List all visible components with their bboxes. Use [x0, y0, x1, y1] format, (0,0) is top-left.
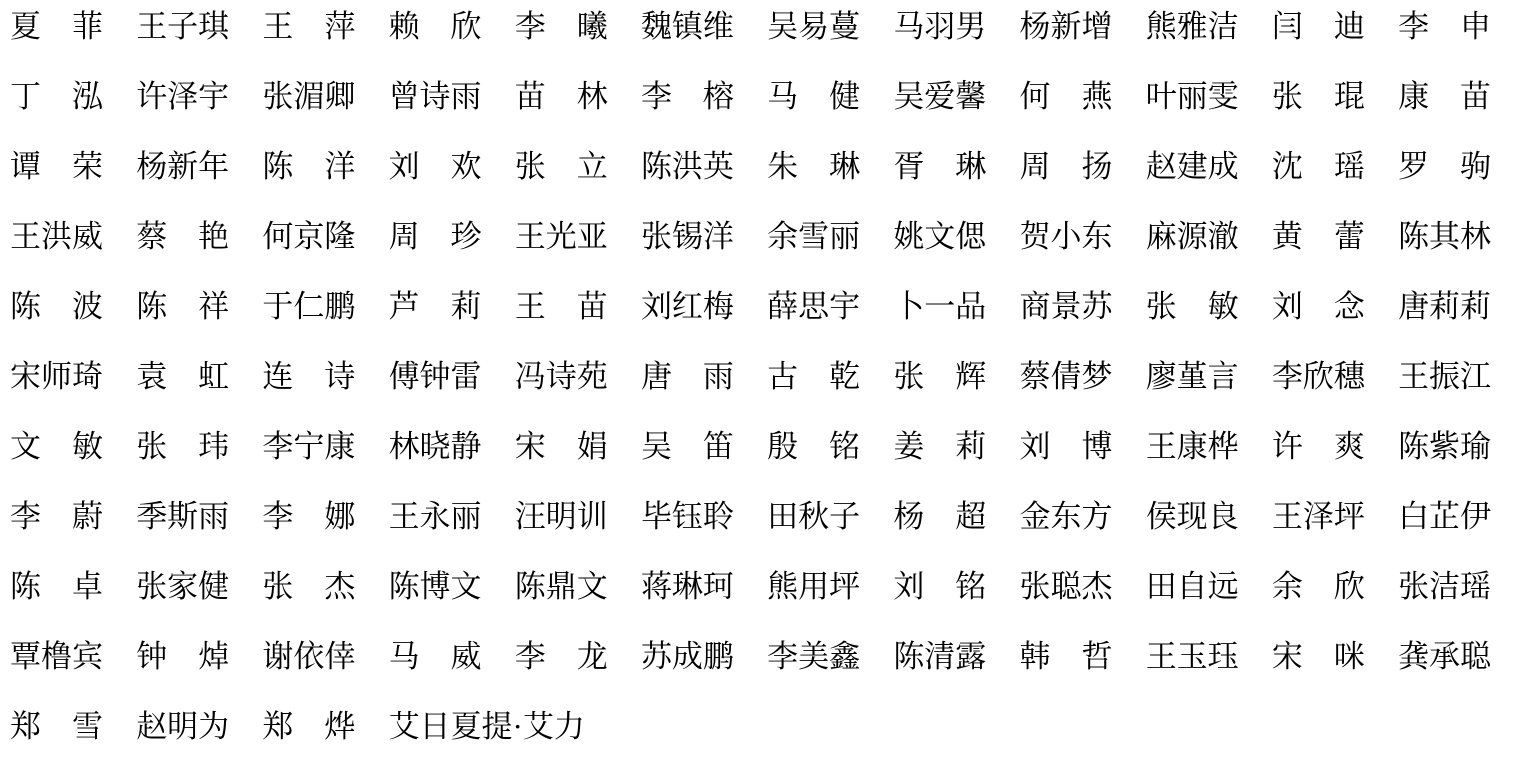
- person-name: 张湄卿: [262, 80, 355, 114]
- person-name: 白芷伊: [1398, 500, 1491, 534]
- person-name: 李美鑫: [767, 640, 860, 674]
- person-name: 廖堇言: [1146, 360, 1239, 394]
- person-name: 贺小东: [1020, 220, 1113, 254]
- person-name: 张家健: [136, 570, 229, 604]
- person-name: 罗驹: [1398, 150, 1491, 184]
- name-cell: 何燕: [1020, 80, 1146, 114]
- name-cell: 李娜: [262, 500, 388, 534]
- name-list-document: 夏菲王子琪王萍赖欣李曦魏镇维吴易蔓马羽男杨新增熊雅洁闫迪李申丁泓许泽宇张湄卿曾诗…: [0, 0, 1514, 756]
- person-name: 许爽: [1272, 430, 1365, 464]
- name-cell: 李美鑫: [767, 640, 893, 674]
- person-name: 唐雨: [641, 360, 734, 394]
- person-name: 王子琪: [136, 10, 229, 44]
- person-name: 连诗: [262, 360, 355, 394]
- name-cell: 宋师琦: [10, 360, 136, 394]
- name-cell: 杨新增: [1020, 10, 1146, 44]
- name-cell: 卜一品: [893, 290, 1019, 324]
- person-name: 朱琳: [767, 150, 860, 184]
- name-cell: 王苗: [515, 290, 641, 324]
- name-cell: 李榕: [641, 80, 767, 114]
- person-name: 杨新年: [136, 150, 229, 184]
- name-cell: 陈洪英: [641, 150, 767, 184]
- name-cell: 陈祥: [136, 290, 262, 324]
- name-cell: 丁泓: [10, 80, 136, 114]
- name-cell: 罗驹: [1398, 150, 1514, 184]
- name-cell: 殷铭: [767, 430, 893, 464]
- person-name: 曾诗雨: [389, 80, 482, 114]
- person-name: 商景苏: [1020, 290, 1113, 324]
- name-cell: 郑雪: [10, 710, 136, 744]
- name-cell: 季斯雨: [136, 500, 262, 534]
- person-name: 张辉: [893, 360, 986, 394]
- name-cell: 刘博: [1020, 430, 1146, 464]
- person-name: 吴笛: [641, 430, 734, 464]
- name-cell: 姜莉: [893, 430, 1019, 464]
- name-cell: 夏菲: [10, 10, 136, 44]
- name-cell: 陈卓: [10, 570, 136, 604]
- person-name: 许泽宇: [136, 80, 229, 114]
- person-name: 陈洋: [262, 150, 355, 184]
- person-name: 艾日夏提·艾力: [389, 710, 585, 744]
- person-name: 熊雅洁: [1146, 10, 1239, 44]
- name-cell: 陈洋: [262, 150, 388, 184]
- person-name: 于仁鹏: [262, 290, 355, 324]
- person-name: 麻源澈: [1146, 220, 1239, 254]
- person-name: 赵建成: [1146, 150, 1239, 184]
- person-name: 郑烨: [262, 710, 355, 744]
- name-cell: 周珍: [389, 220, 515, 254]
- name-cell: 赵明为: [136, 710, 262, 744]
- person-name: 韩哲: [1020, 640, 1113, 674]
- name-row: 王洪威蔡艳何京隆周珍王光亚张锡洋余雪丽姚文偲贺小东麻源澈黄蕾陈其林: [10, 202, 1514, 272]
- name-cell: 廖堇言: [1146, 360, 1272, 394]
- name-cell: 谭荣: [10, 150, 136, 184]
- name-row: 夏菲王子琪王萍赖欣李曦魏镇维吴易蔓马羽男杨新增熊雅洁闫迪李申: [10, 0, 1514, 62]
- name-cell: 马羽男: [893, 10, 1019, 44]
- person-name: 余欣: [1272, 570, 1365, 604]
- person-name: 宋娟: [515, 430, 608, 464]
- name-cell: 宋娟: [515, 430, 641, 464]
- person-name: 胥琳: [893, 150, 986, 184]
- name-cell: 陈鼎文: [515, 570, 641, 604]
- name-cell: 苗林: [515, 80, 641, 114]
- person-name: 陈洪英: [641, 150, 734, 184]
- person-name: 何京隆: [262, 220, 355, 254]
- person-name: 余雪丽: [767, 220, 860, 254]
- name-row: 覃橹宾钟焯谢依倖马威李龙苏成鹏李美鑫陈清露韩哲王玉珏宋咪龚承聪: [10, 622, 1514, 692]
- name-cell: 张辉: [893, 360, 1019, 394]
- person-name: 蔡艳: [136, 220, 229, 254]
- name-cell: 陈清露: [893, 640, 1019, 674]
- person-name: 苏成鹏: [641, 640, 734, 674]
- name-cell: 张聪杰: [1020, 570, 1146, 604]
- person-name: 毕钰聆: [641, 500, 734, 534]
- person-name: 马健: [767, 80, 860, 114]
- name-cell: 朱琳: [767, 150, 893, 184]
- person-name: 陈卓: [10, 570, 103, 604]
- name-cell: 杨新年: [136, 150, 262, 184]
- person-name: 熊用坪: [767, 570, 860, 604]
- name-cell: 赖欣: [389, 10, 515, 44]
- name-cell: 王振江: [1398, 360, 1514, 394]
- name-cell: 周扬: [1020, 150, 1146, 184]
- name-cell: 陈其林: [1398, 220, 1514, 254]
- name-cell: 余欣: [1272, 570, 1398, 604]
- name-cell: 熊雅洁: [1146, 10, 1272, 44]
- name-cell: 张锡洋: [641, 220, 767, 254]
- name-cell: 田秋子: [767, 500, 893, 534]
- name-cell: 王泽坪: [1272, 500, 1398, 534]
- person-name: 苗林: [515, 80, 608, 114]
- person-name: 姚文偲: [893, 220, 986, 254]
- name-cell: 王萍: [262, 10, 388, 44]
- name-cell: 刘铭: [893, 570, 1019, 604]
- name-cell: 麻源澈: [1146, 220, 1272, 254]
- name-cell: 张立: [515, 150, 641, 184]
- person-name: 陈祥: [136, 290, 229, 324]
- name-cell: 唐雨: [641, 360, 767, 394]
- person-name: 张琨: [1272, 80, 1365, 114]
- person-name: 沈瑶: [1272, 150, 1365, 184]
- person-name: 蔡倩梦: [1020, 360, 1113, 394]
- person-name: 林晓静: [389, 430, 482, 464]
- name-cell: 苏成鹏: [641, 640, 767, 674]
- person-name: 唐莉莉: [1398, 290, 1491, 324]
- name-cell: 张洁瑶: [1398, 570, 1514, 604]
- name-row: 文敏张玮李宁康林晓静宋娟吴笛殷铭姜莉刘博王康桦许爽陈紫瑜: [10, 412, 1514, 482]
- name-cell: 余雪丽: [767, 220, 893, 254]
- name-row: 陈卓张家健张杰陈博文陈鼎文蒋琳珂熊用坪刘铭张聪杰田自远余欣张洁瑶: [10, 552, 1514, 622]
- person-name: 侯现良: [1146, 500, 1239, 534]
- name-cell: 连诗: [262, 360, 388, 394]
- name-cell: 张敏: [1146, 290, 1272, 324]
- name-cell: 白芷伊: [1398, 500, 1514, 534]
- person-name: 李欣穗: [1272, 360, 1365, 394]
- person-name: 叶丽雯: [1146, 80, 1239, 114]
- person-name: 马羽男: [893, 10, 986, 44]
- name-cell: 刘欢: [389, 150, 515, 184]
- name-cell: 马健: [767, 80, 893, 114]
- name-cell: 薛思宇: [767, 290, 893, 324]
- name-cell: 袁虹: [136, 360, 262, 394]
- person-name: 黄蕾: [1272, 220, 1365, 254]
- name-cell: 康苗: [1398, 80, 1514, 114]
- name-cell: 许爽: [1272, 430, 1398, 464]
- name-cell: 贺小东: [1020, 220, 1146, 254]
- name-cell: 许泽宇: [136, 80, 262, 114]
- person-name: 姜莉: [893, 430, 986, 464]
- name-cell: 金东方: [1020, 500, 1146, 534]
- person-name: 季斯雨: [136, 500, 229, 534]
- name-cell: 马威: [389, 640, 515, 674]
- name-cell: 蔡倩梦: [1020, 360, 1146, 394]
- name-row: 郑雪赵明为郑烨艾日夏提·艾力: [10, 692, 1514, 756]
- person-name: 闫迪: [1272, 10, 1365, 44]
- person-name: 康苗: [1398, 80, 1491, 114]
- person-name: 魏镇维: [641, 10, 734, 44]
- person-name: 田秋子: [767, 500, 860, 534]
- person-name: 李宁康: [262, 430, 355, 464]
- person-name: 宋咪: [1272, 640, 1365, 674]
- person-name: 宋师琦: [10, 360, 103, 394]
- name-cell: 王玉珏: [1146, 640, 1272, 674]
- name-cell: 李申: [1398, 10, 1514, 44]
- person-name: 蒋琳珂: [641, 570, 734, 604]
- name-cell: 叶丽雯: [1146, 80, 1272, 114]
- person-name: 张锡洋: [641, 220, 734, 254]
- name-cell: 黄蕾: [1272, 220, 1398, 254]
- person-name: 陈鼎文: [515, 570, 608, 604]
- name-cell: 闫迪: [1272, 10, 1398, 44]
- name-cell: 沈瑶: [1272, 150, 1398, 184]
- name-cell: 王子琪: [136, 10, 262, 44]
- name-cell: 毕钰聆: [641, 500, 767, 534]
- person-name: 谢依倖: [262, 640, 355, 674]
- person-name: 芦莉: [389, 290, 482, 324]
- person-name: 夏菲: [10, 10, 103, 44]
- name-row: 丁泓许泽宇张湄卿曾诗雨苗林李榕马健吴爱馨何燕叶丽雯张琨康苗: [10, 62, 1514, 132]
- name-cell: 赵建成: [1146, 150, 1272, 184]
- person-name: 张洁瑶: [1398, 570, 1491, 604]
- person-name: 刘欢: [389, 150, 482, 184]
- person-name: 冯诗苑: [515, 360, 608, 394]
- person-name: 谭荣: [10, 150, 103, 184]
- name-cell: 林晓静: [389, 430, 515, 464]
- name-cell: 吴易蔓: [767, 10, 893, 44]
- name-cell: 郑烨: [262, 710, 388, 744]
- person-name: 陈其林: [1398, 220, 1491, 254]
- name-cell: 汪明训: [515, 500, 641, 534]
- person-name: 吴易蔓: [767, 10, 860, 44]
- name-cell: 何京隆: [262, 220, 388, 254]
- person-name: 李娜: [262, 500, 355, 534]
- name-cell: 张湄卿: [262, 80, 388, 114]
- person-name: 张聪杰: [1020, 570, 1113, 604]
- name-cell: 于仁鹏: [262, 290, 388, 324]
- name-cell: 韩哲: [1020, 640, 1146, 674]
- name-cell: 龚承聪: [1398, 640, 1514, 674]
- person-name: 王萍: [262, 10, 355, 44]
- name-cell: 刘红梅: [641, 290, 767, 324]
- person-name: 杨新增: [1020, 10, 1113, 44]
- person-name: 覃橹宾: [10, 640, 103, 674]
- name-cell: 覃橹宾: [10, 640, 136, 674]
- name-cell: 刘念: [1272, 290, 1398, 324]
- person-name: 王永丽: [389, 500, 482, 534]
- name-cell: 陈博文: [389, 570, 515, 604]
- name-cell: 张杰: [262, 570, 388, 604]
- person-name: 王光亚: [515, 220, 608, 254]
- name-cell: 田自远: [1146, 570, 1272, 604]
- person-name: 刘红梅: [641, 290, 734, 324]
- person-name: 陈清露: [893, 640, 986, 674]
- person-name: 王洪威: [10, 220, 103, 254]
- name-cell: 李欣穗: [1272, 360, 1398, 394]
- name-cell: 魏镇维: [641, 10, 767, 44]
- person-name: 陈波: [10, 290, 103, 324]
- name-cell: 李曦: [515, 10, 641, 44]
- person-name: 李申: [1398, 10, 1491, 44]
- person-name: 卜一品: [893, 290, 986, 324]
- person-name: 袁虹: [136, 360, 229, 394]
- name-cell: 熊用坪: [767, 570, 893, 604]
- name-cell: 冯诗苑: [515, 360, 641, 394]
- name-cell: 芦莉: [389, 290, 515, 324]
- person-name: 赖欣: [389, 10, 482, 44]
- person-name: 李榕: [641, 80, 734, 114]
- name-cell: 文敏: [10, 430, 136, 464]
- name-cell: 艾日夏提·艾力: [389, 710, 585, 744]
- name-cell: 唐莉莉: [1398, 290, 1514, 324]
- person-name: 马威: [389, 640, 482, 674]
- name-cell: 宋咪: [1272, 640, 1398, 674]
- person-name: 李蔚: [10, 500, 103, 534]
- person-name: 龚承聪: [1398, 640, 1491, 674]
- person-name: 周珍: [389, 220, 482, 254]
- person-name: 王康桦: [1146, 430, 1239, 464]
- name-cell: 陈紫瑜: [1398, 430, 1514, 464]
- name-cell: 吴爱馨: [893, 80, 1019, 114]
- name-cell: 李宁康: [262, 430, 388, 464]
- person-name: 王泽坪: [1272, 500, 1365, 534]
- person-name: 张杰: [262, 570, 355, 604]
- person-name: 陈紫瑜: [1398, 430, 1491, 464]
- name-cell: 王光亚: [515, 220, 641, 254]
- person-name: 杨超: [893, 500, 986, 534]
- person-name: 刘博: [1020, 430, 1113, 464]
- name-cell: 胥琳: [893, 150, 1019, 184]
- name-cell: 钟焯: [136, 640, 262, 674]
- name-cell: 傅钟雷: [389, 360, 515, 394]
- name-cell: 蔡艳: [136, 220, 262, 254]
- person-name: 丁泓: [10, 80, 103, 114]
- name-row: 李蔚季斯雨李娜王永丽汪明训毕钰聆田秋子杨超金东方侯现良王泽坪白芷伊: [10, 482, 1514, 552]
- name-cell: 杨超: [893, 500, 1019, 534]
- name-cell: 李蔚: [10, 500, 136, 534]
- person-name: 刘铭: [893, 570, 986, 604]
- person-name: 陈博文: [389, 570, 482, 604]
- person-name: 王苗: [515, 290, 608, 324]
- person-name: 李龙: [515, 640, 608, 674]
- person-name: 张敏: [1146, 290, 1239, 324]
- name-cell: 李龙: [515, 640, 641, 674]
- person-name: 张立: [515, 150, 608, 184]
- name-cell: 侯现良: [1146, 500, 1272, 534]
- name-cell: 张家健: [136, 570, 262, 604]
- name-cell: 王洪威: [10, 220, 136, 254]
- person-name: 傅钟雷: [389, 360, 482, 394]
- person-name: 殷铭: [767, 430, 860, 464]
- person-name: 吴爱馨: [893, 80, 986, 114]
- name-row: 陈波陈祥于仁鹏芦莉王苗刘红梅薛思宇卜一品商景苏张敏刘念唐莉莉: [10, 272, 1514, 342]
- name-cell: 王康桦: [1146, 430, 1272, 464]
- person-name: 汪明训: [515, 500, 608, 534]
- person-name: 钟焯: [136, 640, 229, 674]
- name-cell: 姚文偲: [893, 220, 1019, 254]
- name-cell: 蒋琳珂: [641, 570, 767, 604]
- name-cell: 王永丽: [389, 500, 515, 534]
- name-cell: 曾诗雨: [389, 80, 515, 114]
- name-row: 谭荣杨新年陈洋刘欢张立陈洪英朱琳胥琳周扬赵建成沈瑶罗驹: [10, 132, 1514, 202]
- name-cell: 商景苏: [1020, 290, 1146, 324]
- person-name: 张玮: [136, 430, 229, 464]
- person-name: 文敏: [10, 430, 103, 464]
- name-cell: 陈波: [10, 290, 136, 324]
- person-name: 金东方: [1020, 500, 1113, 534]
- person-name: 何燕: [1020, 80, 1113, 114]
- person-name: 田自远: [1146, 570, 1239, 604]
- name-cell: 张琨: [1272, 80, 1398, 114]
- name-cell: 谢依倖: [262, 640, 388, 674]
- person-name: 王振江: [1398, 360, 1491, 394]
- name-cell: 古乾: [767, 360, 893, 394]
- person-name: 李曦: [515, 10, 608, 44]
- name-cell: 吴笛: [641, 430, 767, 464]
- person-name: 刘念: [1272, 290, 1365, 324]
- person-name: 薛思宇: [767, 290, 860, 324]
- person-name: 周扬: [1020, 150, 1113, 184]
- name-row: 宋师琦袁虹连诗傅钟雷冯诗苑唐雨古乾张辉蔡倩梦廖堇言李欣穗王振江: [10, 342, 1514, 412]
- name-cell: 张玮: [136, 430, 262, 464]
- person-name: 赵明为: [136, 710, 229, 744]
- person-name: 古乾: [767, 360, 860, 394]
- person-name: 郑雪: [10, 710, 103, 744]
- person-name: 王玉珏: [1146, 640, 1239, 674]
